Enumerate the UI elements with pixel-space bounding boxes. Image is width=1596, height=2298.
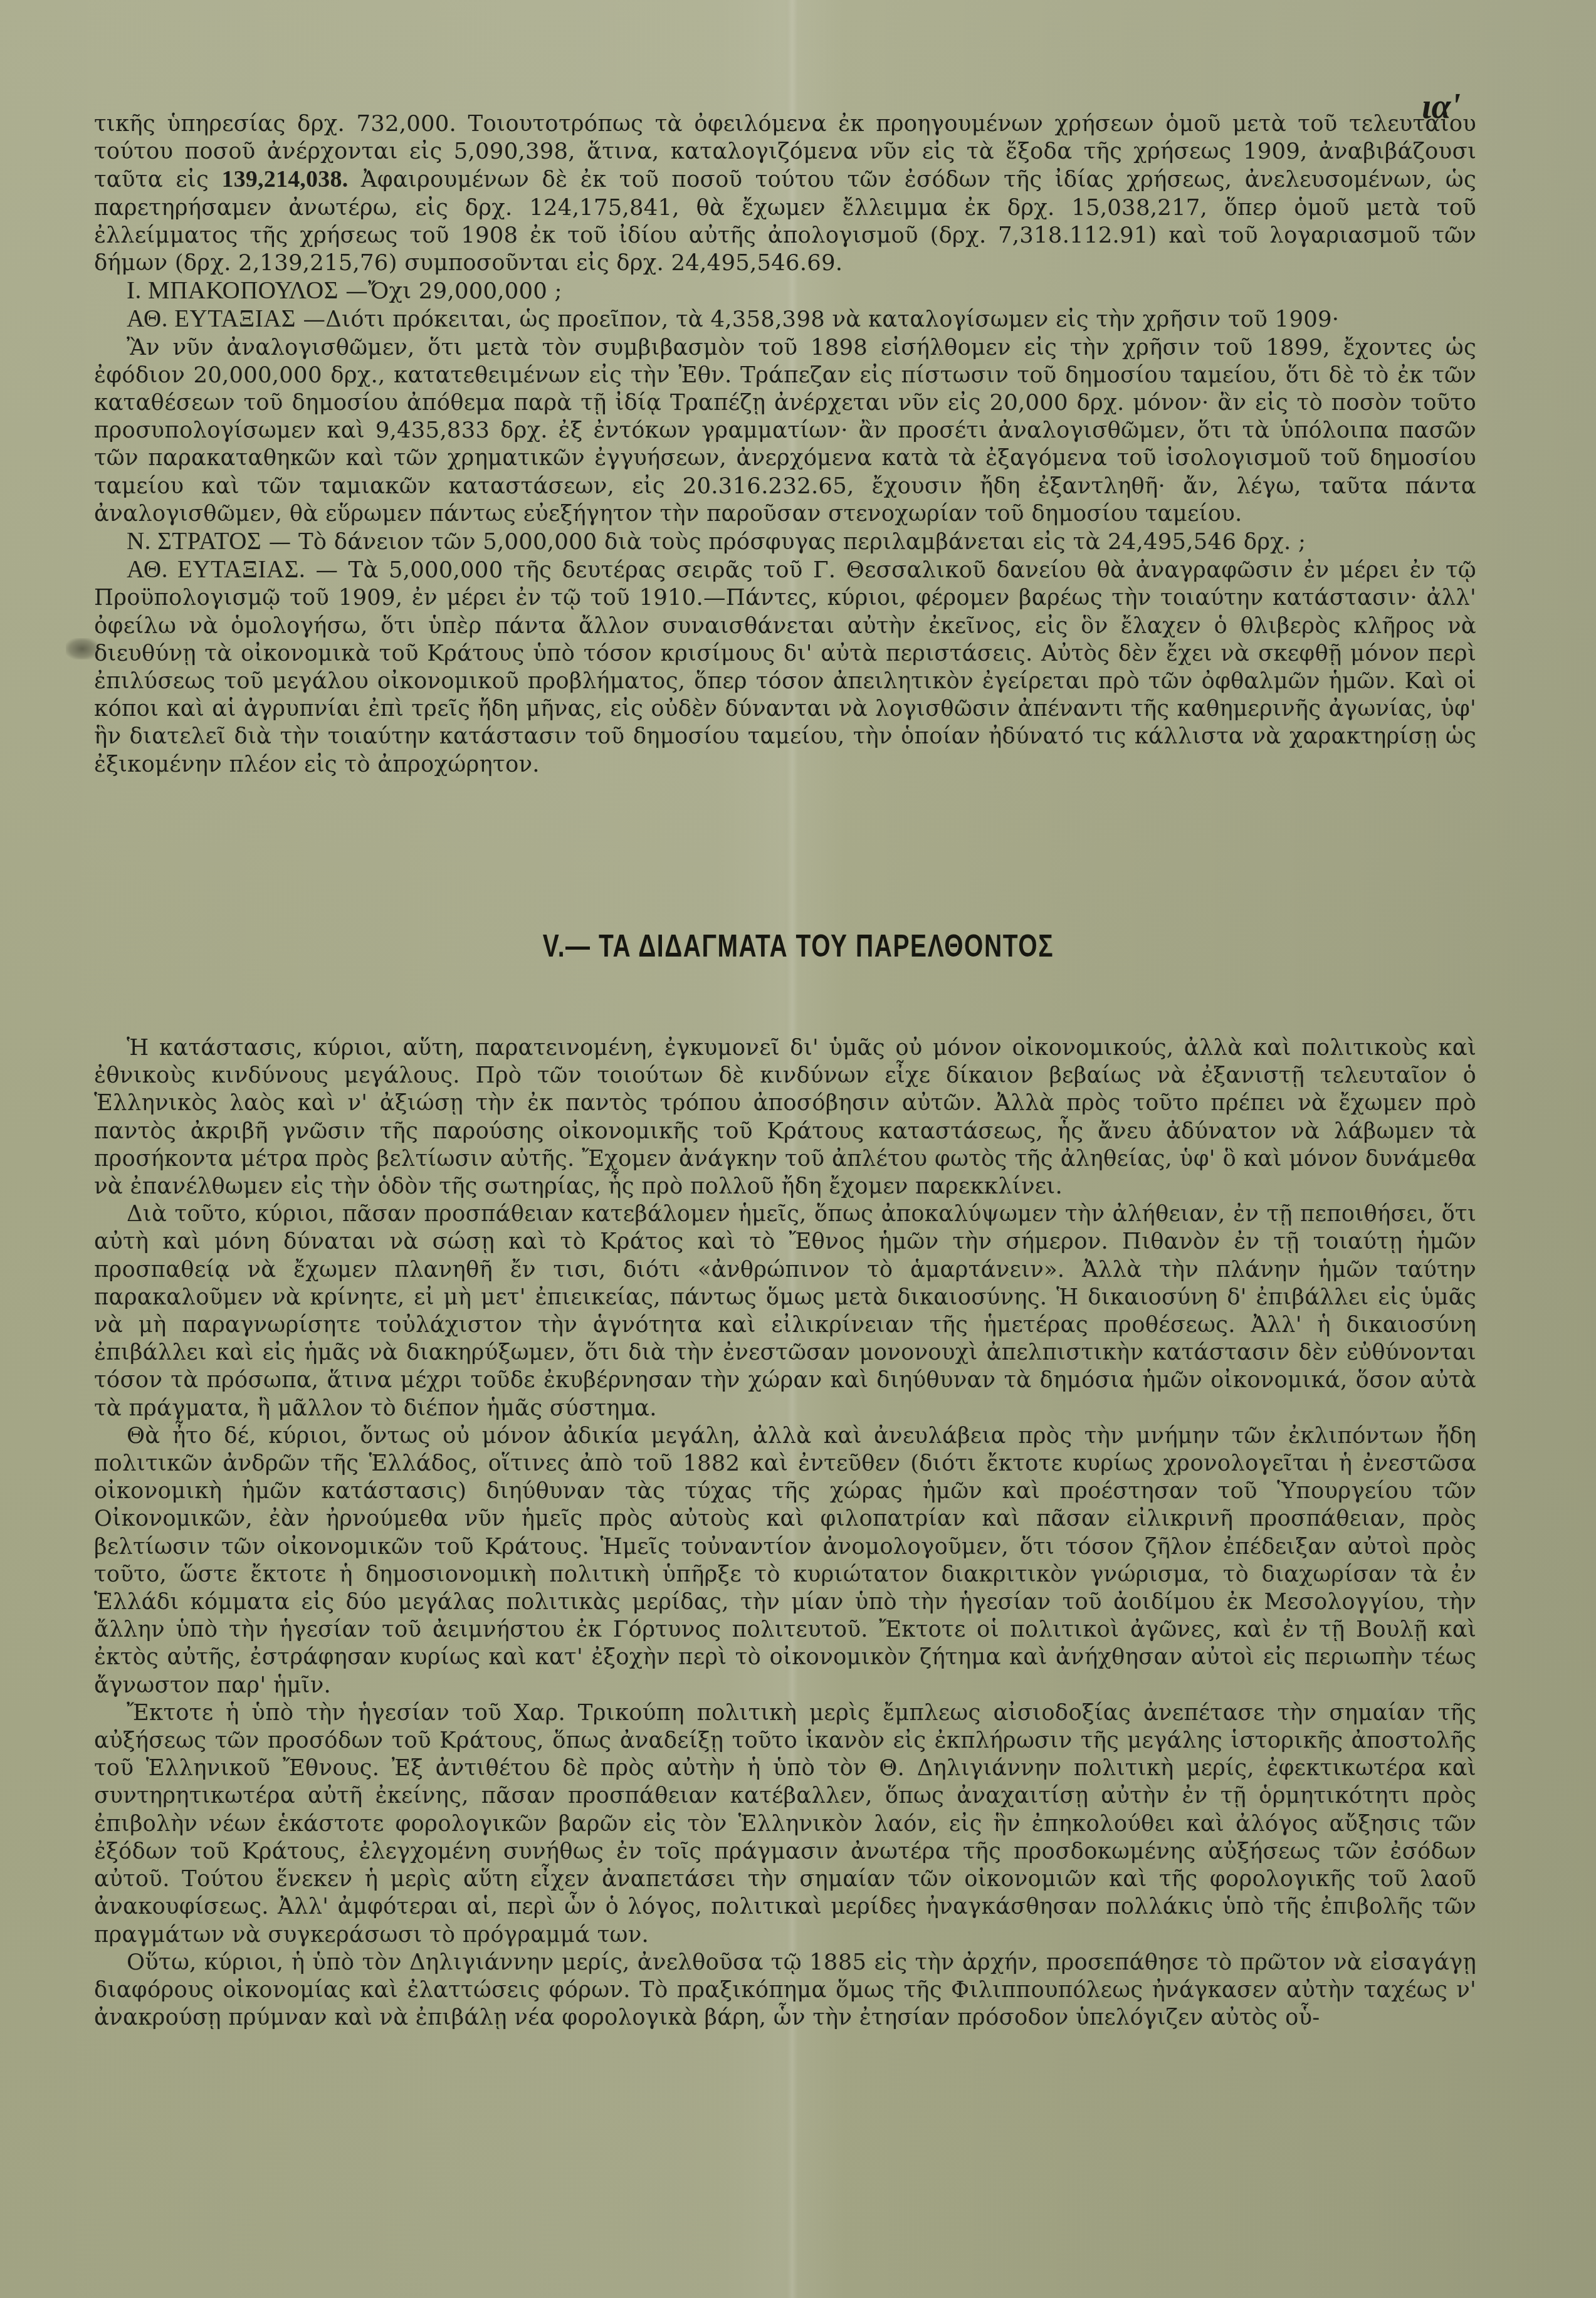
paragraph: Ἡ κατάστασις, κύριοι, αὕτη, παρατεινομέν… <box>94 1034 1476 1200</box>
speech-bakopoulos: Ι. ΜΠΑΚΟΠΟΥΛΟΣ —Ὄχι 29,000,000 ; <box>94 277 1476 305</box>
paragraph-budget-totals: τικῆς ὑπηρεσίας δρχ. 732,000. Τοιουτοτρό… <box>94 110 1476 277</box>
section-heading: V.— ΤΑ ΔΙΔΑΓΜΑΤΑ ΤΟΥ ΠΑΡΕΛΘΟΝΤΟΣ <box>176 928 1421 964</box>
paragraph: Διὰ τοῦτο, κύριοι, πᾶσαν προσπάθειαν κατ… <box>94 1200 1476 1422</box>
speech-text: —Διότι πρόκειται, ὡς προεῖπον, τὰ 4,358,… <box>303 307 1340 332</box>
paragraph-treasury: Ἂν νῦν ἀναλογισθῶμεν, ὅτι μετὰ τὸν συμβι… <box>94 334 1476 528</box>
speech-eftaxias-1: ΑΘ. ΕΥΤΑΞΙΑΣ —Διότι πρόκειται, ὡς προεῖπ… <box>94 305 1476 333</box>
top-text-block: τικῆς ὑπηρεσίας δρχ. 732,000. Τοιουτοτρό… <box>94 110 1476 779</box>
paragraph: Οὕτω, κύριοι, ἡ ὑπὸ τὸν Δηλιγιάννην μερί… <box>94 1949 1476 2032</box>
paragraph: Θὰ ἦτο δέ, κύριοι, ὄντως οὐ μόνον ἀδικία… <box>94 1422 1476 1699</box>
speaker-name: ΑΘ. ΕΥΤΑΞΙΑΣ <box>127 305 296 332</box>
document-page: ια' τικῆς ὑπηρεσίας δρχ. 732,000. Τοιουτ… <box>0 0 1596 2298</box>
margin-ink-stamp <box>66 638 98 659</box>
speech-eftaxias-2: ΑΘ. ΕΥΤΑΞΙΑΣ. — Τὰ 5,000,000 τῆς δευτέρα… <box>94 556 1476 779</box>
paragraph: Ἔκτοτε ἡ ὑπὸ τὴν ἡγεσίαν τοῦ Χαρ. Τρικού… <box>94 1699 1476 1949</box>
speaker-name: Ν. ΣΤΡΑΤΟΣ <box>127 528 261 555</box>
speech-text: — Τὰ 5,000,000 τῆς δευτέρας σειρᾶς τοῦ Γ… <box>94 557 1476 777</box>
speech-text: — Τὸ δάνειον τῶν 5,000,000 διὰ τοὺς πρόσ… <box>269 529 1306 555</box>
bottom-text-block: Ἡ κατάστασις, κύριοι, αὕτη, παρατεινομέν… <box>94 1034 1476 2032</box>
speech-stratos: Ν. ΣΤΡΑΤΟΣ — Τὸ δάνειον τῶν 5,000,000 δι… <box>94 528 1476 556</box>
speech-text: —Ὄχι 29,000,000 ; <box>345 278 562 304</box>
speaker-name: Ι. ΜΠΑΚΟΠΟΥΛΟΣ <box>127 277 339 304</box>
bold-amount: 139,214,038. <box>221 166 348 192</box>
speaker-name: ΑΘ. ΕΥΤΑΞΙΑΣ. <box>127 556 305 583</box>
